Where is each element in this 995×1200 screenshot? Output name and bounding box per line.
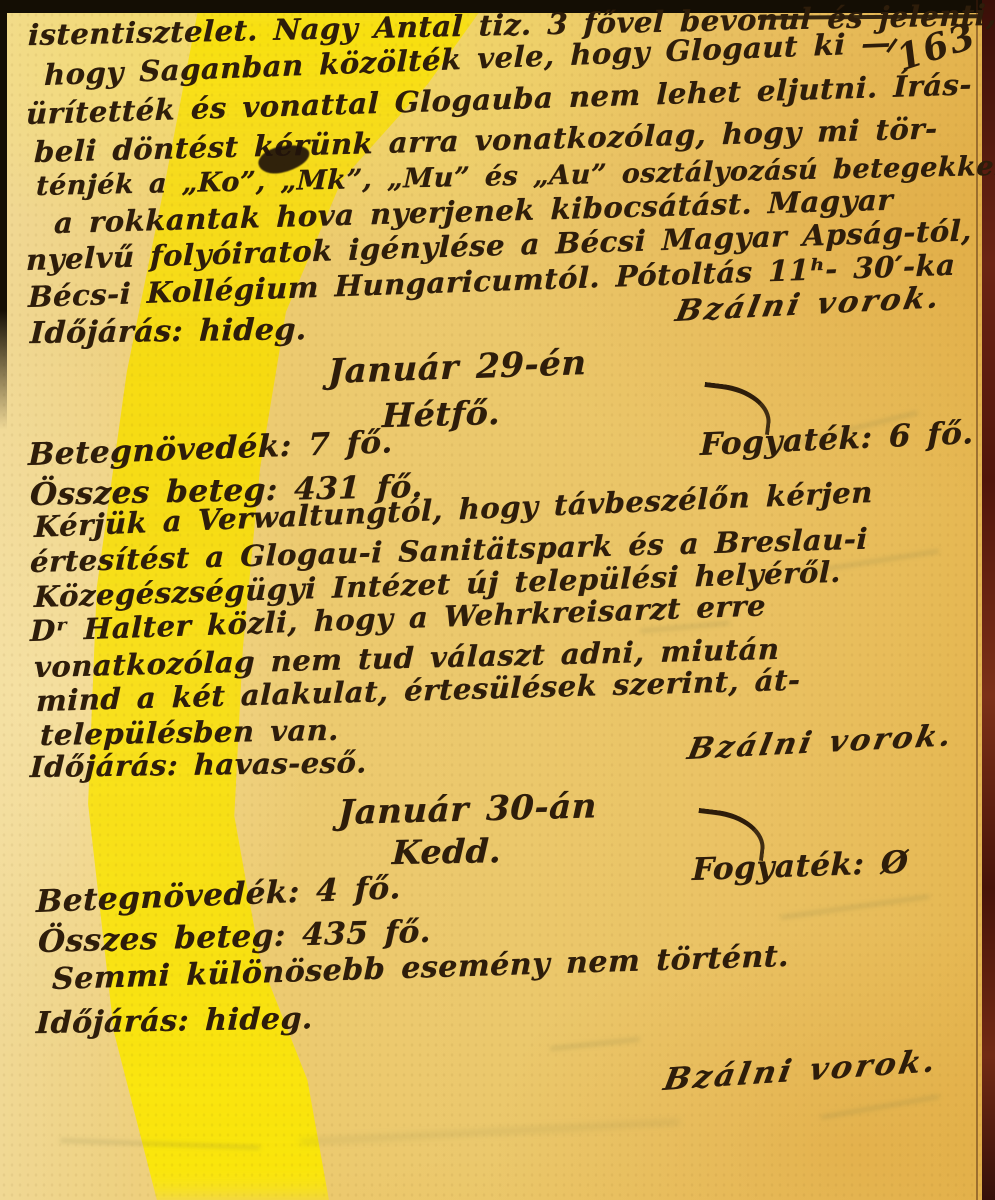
signature: Bzálni vorok. (661, 1043, 941, 1098)
page-edge-left (0, 0, 7, 430)
weather-line: Időjárás: havas-eső. (29, 745, 367, 784)
entry-day: Kedd. (391, 831, 502, 872)
entry-date: Január 29-én (328, 343, 587, 392)
bleedthrough-mark (821, 1095, 940, 1120)
diary-page: 163 istentisztelet. Nagy Antal tiz. 3 fő… (0, 0, 995, 1200)
admissions-line: Betegnövedék: 7 fő. (28, 424, 393, 473)
losses-line: Fogyaték: Ø (692, 844, 909, 888)
admissions-line: Betegnövedék: 4 fő. (36, 870, 401, 920)
bleedthrough-mark (550, 1037, 640, 1050)
weather-line: Időjárás: hideg. (29, 312, 307, 351)
bleedthrough-mark (300, 1120, 680, 1144)
entry-date: Január 30-án (337, 786, 597, 833)
entry-day: Hétfő. (381, 393, 500, 435)
weather-line: Időjárás: hideg. (35, 1001, 313, 1041)
bleedthrough-mark (780, 895, 929, 920)
signature: Bzálni vorok. (685, 718, 957, 767)
